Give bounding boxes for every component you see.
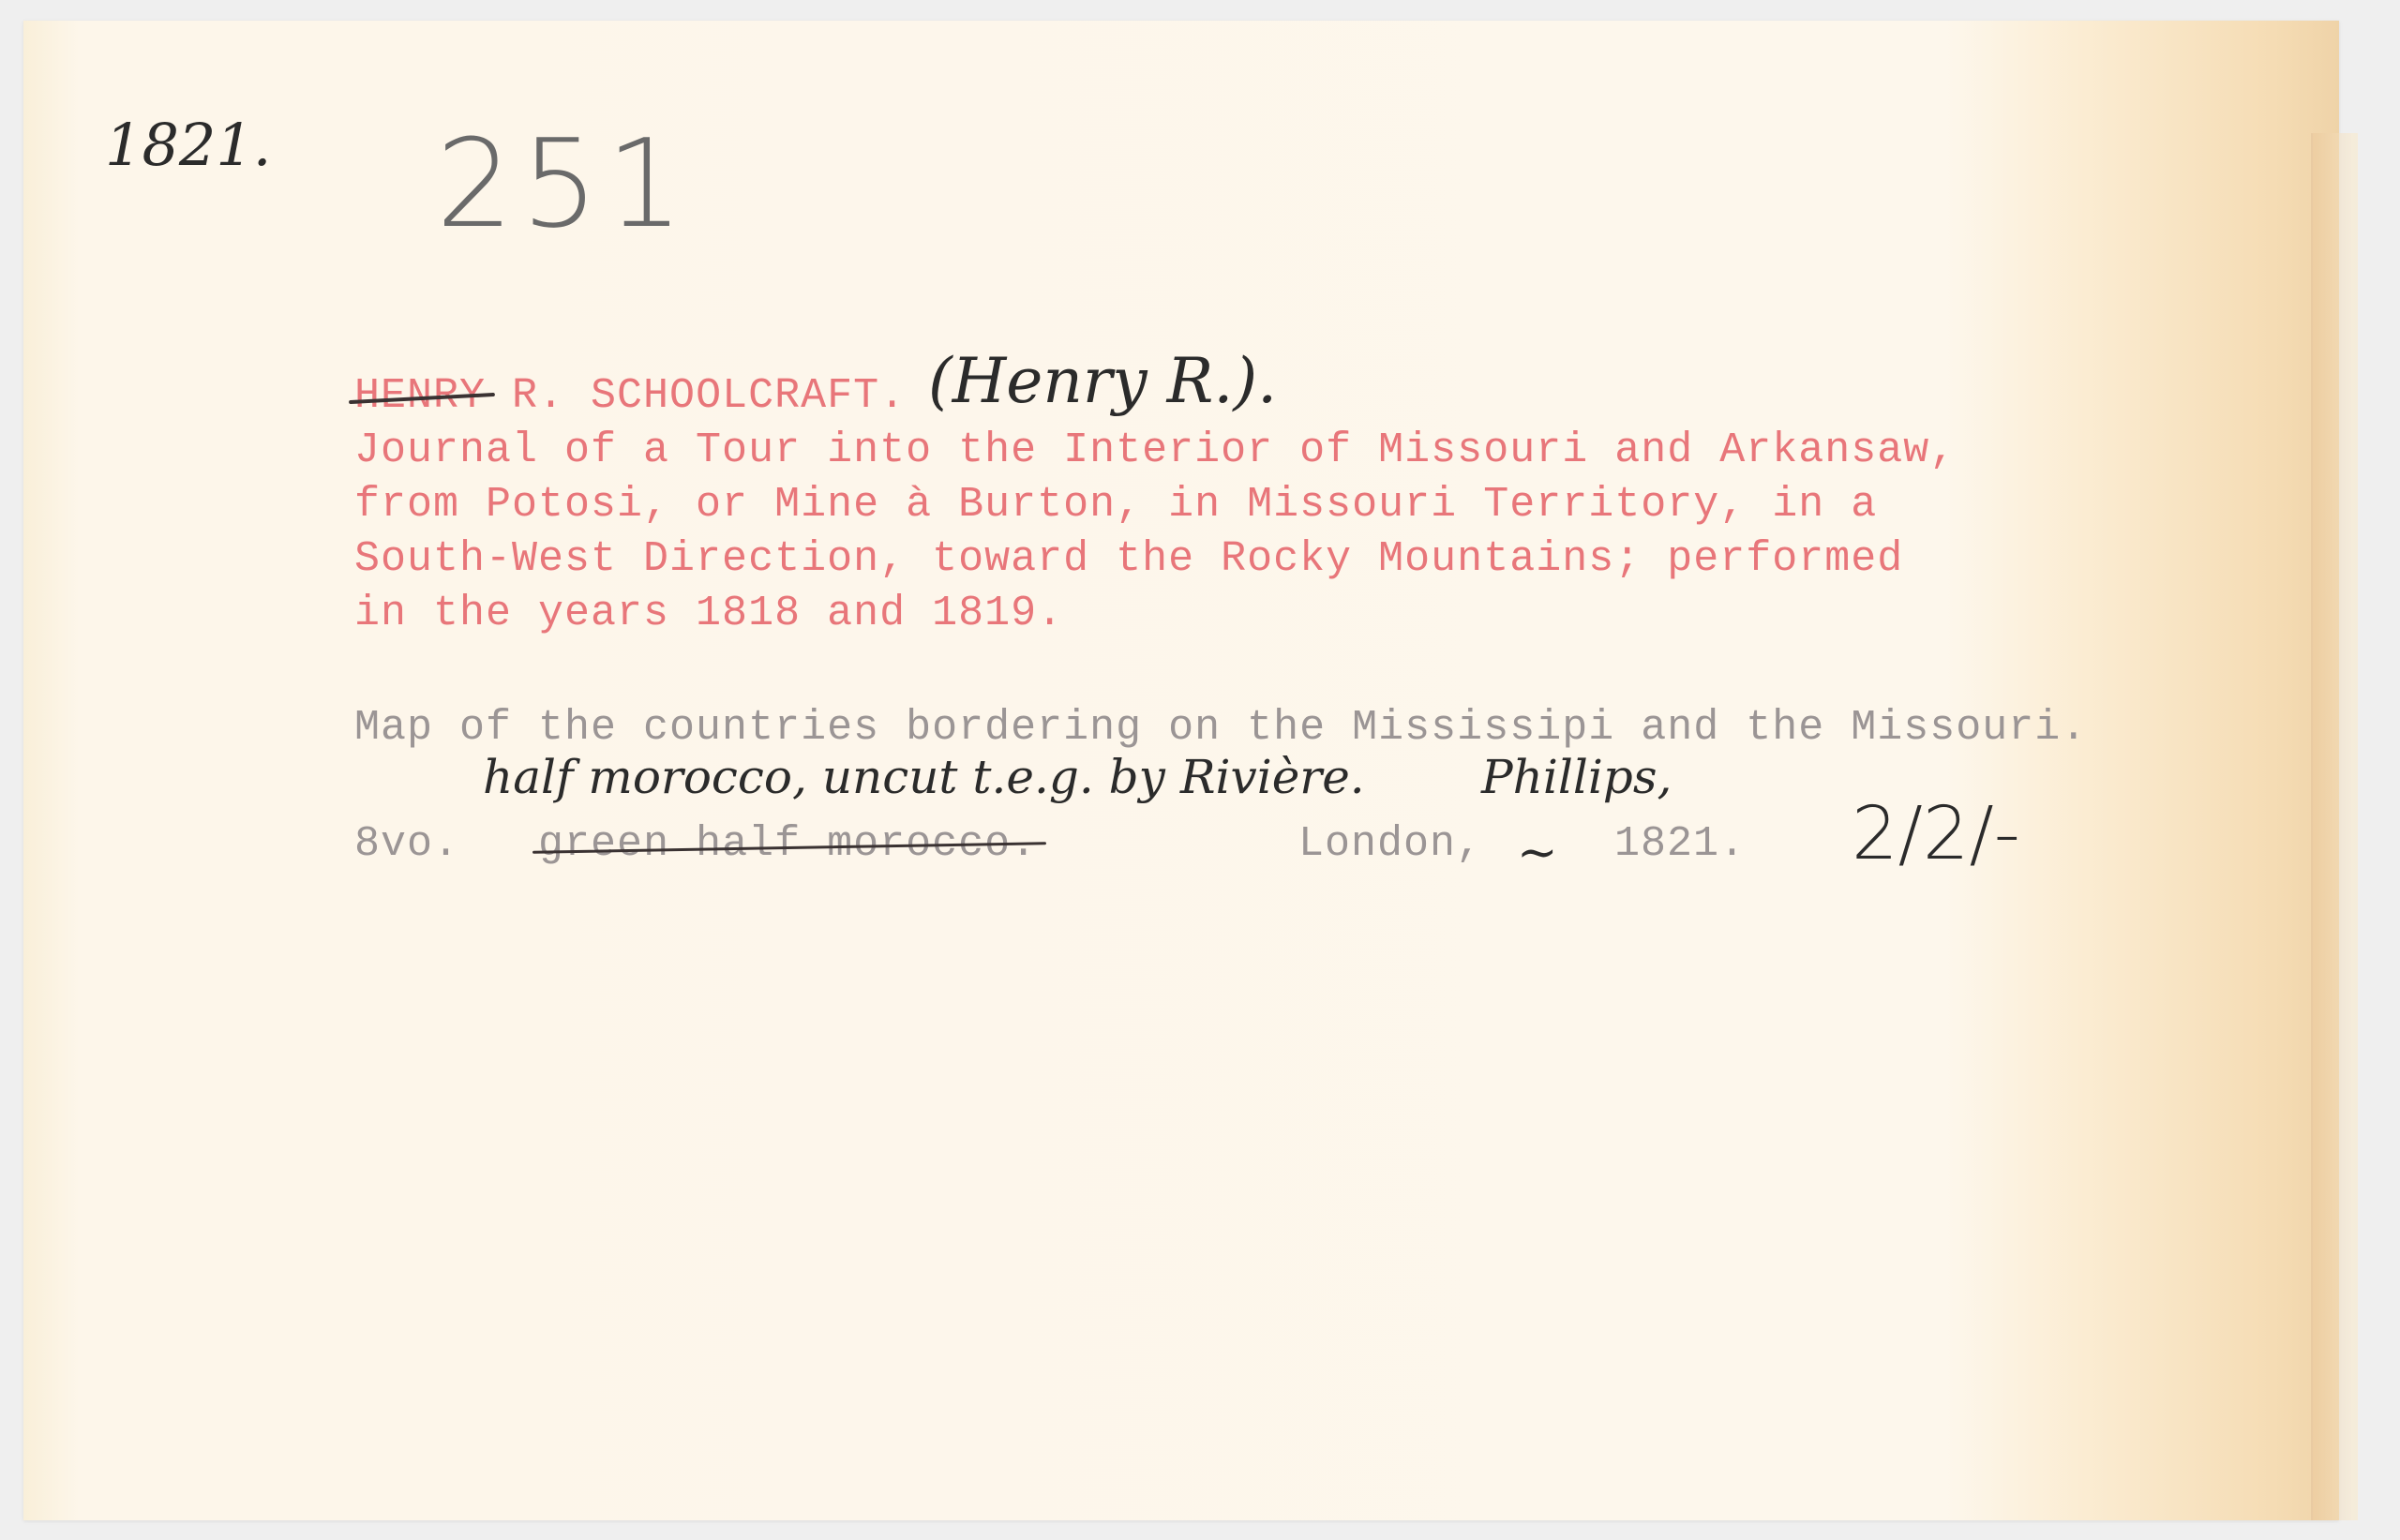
- format-line: 8vo. green half morocco.: [354, 817, 1037, 872]
- map-note: Map of the countries bordering on the Mi…: [354, 701, 2087, 755]
- pencil-year: 1821.: [105, 111, 272, 179]
- struck-first-name: HENRY: [354, 372, 486, 420]
- torn-folded-edge: [2311, 133, 2358, 1520]
- struck-binding: green half morocco.: [538, 820, 1037, 868]
- title-line-1: Journal of a Tour into the Interior of M…: [354, 424, 1956, 478]
- title-line-3: South-West Direction, toward the Rocky M…: [354, 532, 1903, 587]
- author-handwritten-correction: (Henry R.).: [928, 345, 1277, 417]
- title-line-4: in the years 1818 and 1819.: [354, 587, 1063, 641]
- insertion-mark-icon: ~: [1517, 825, 1558, 881]
- author-typed: R. SCHOOLCRAFT.: [486, 372, 906, 420]
- author-heading: HENRY R. SCHOOLCRAFT.: [354, 369, 906, 424]
- handwritten-price: 2/2/-: [1852, 792, 2020, 876]
- publisher-handwritten: Phillips,: [1481, 750, 1672, 804]
- format: 8vo.: [354, 820, 459, 868]
- imprint-year: 1821.: [1614, 817, 1746, 872]
- imprint-place: London,: [1298, 817, 1482, 872]
- pencil-lot-number: 251: [436, 112, 691, 255]
- binding-handwritten-insert: half morocco, uncut t.e.g. by Rivière.: [483, 750, 1365, 804]
- title-line-2: from Potosi, or Mine à Burton, in Missou…: [354, 478, 1877, 532]
